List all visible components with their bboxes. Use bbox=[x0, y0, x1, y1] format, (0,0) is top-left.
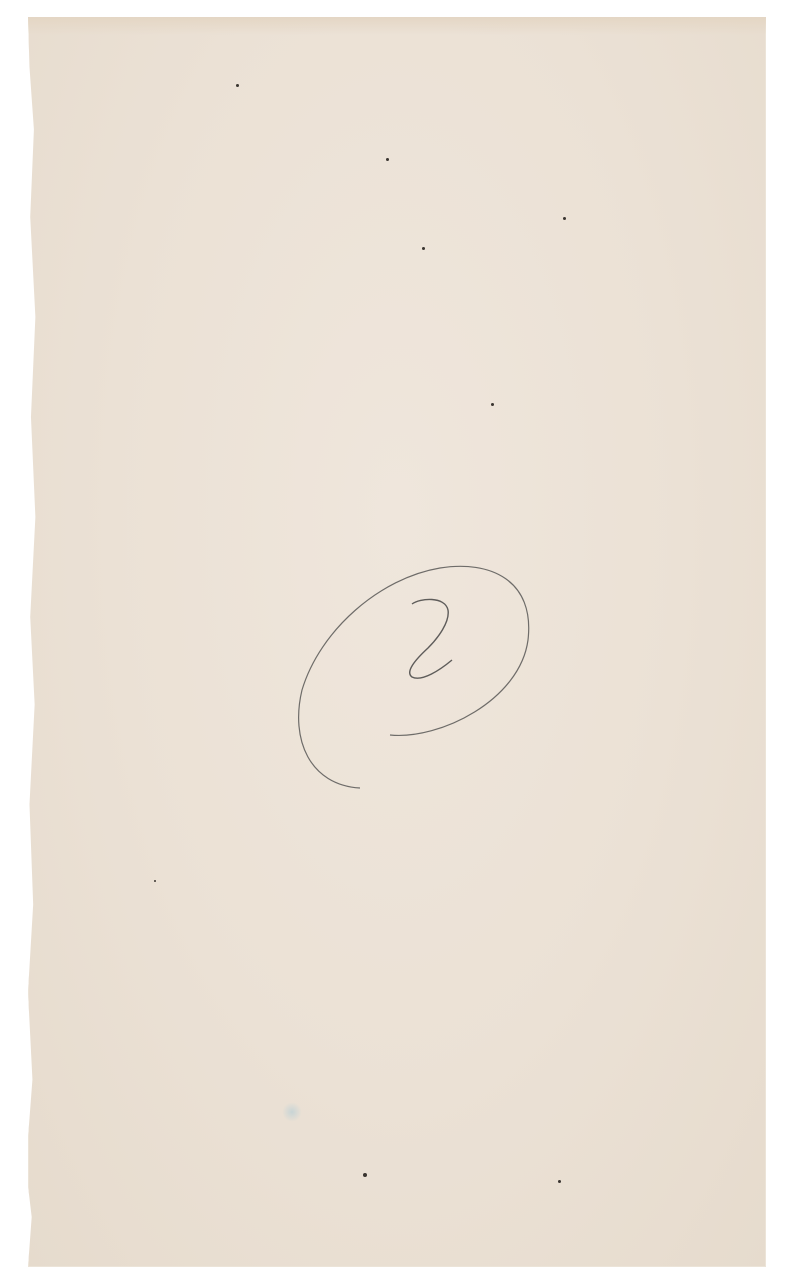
ink-speck bbox=[236, 84, 239, 87]
ink-speck bbox=[558, 1180, 561, 1183]
page-number-text: 2 bbox=[290, 560, 300, 564]
ink-speck bbox=[386, 158, 389, 161]
circled-page-number: 2 bbox=[290, 560, 530, 795]
faint-blue-stain bbox=[282, 1102, 302, 1122]
ink-speck bbox=[363, 1173, 367, 1177]
ink-speck bbox=[422, 247, 425, 250]
ink-speck bbox=[491, 403, 494, 406]
pencil-digit bbox=[410, 599, 452, 678]
ink-speck bbox=[563, 217, 566, 220]
ink-speck bbox=[154, 880, 156, 882]
